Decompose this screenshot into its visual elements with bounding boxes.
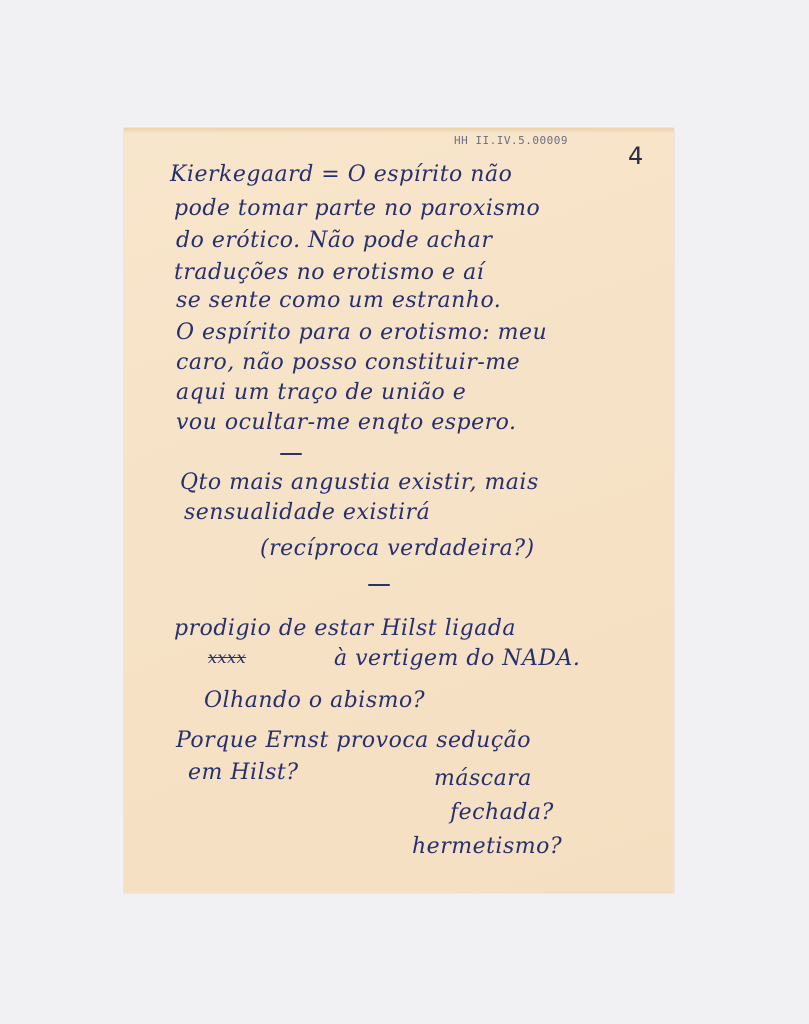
handwritten-line: Olhando o abismo? xyxy=(204,688,425,713)
handwritten-line: caro, não posso constituir-me xyxy=(176,350,520,375)
struck-out-word: xxxx xyxy=(208,648,246,667)
handwritten-line: fechada? xyxy=(450,800,554,825)
manuscript-page: HH II.IV.5.00009 4 Kierkegaard = O espír… xyxy=(124,128,674,893)
handwritten-line: Qto mais angustia existir, mais xyxy=(180,470,539,495)
handwritten-line: vou ocultar-me enqto espero. xyxy=(176,410,517,435)
handwritten-line: prodigio de estar Hilst ligada xyxy=(174,616,516,641)
handwritten-line: sensualidade existirá xyxy=(184,500,430,525)
handwritten-line: O espírito para o erotismo: meu xyxy=(176,320,547,345)
handwritten-line: pode tomar parte no paroxismo xyxy=(174,196,540,221)
handwritten-line: (recíproca verdadeira?) xyxy=(260,536,535,561)
handwritten-line: Porque Ernst provoca sedução xyxy=(176,728,531,753)
section-divider xyxy=(280,453,302,455)
handwritten-line: máscara xyxy=(434,766,532,791)
handwritten-line: traduções no erotismo e aí xyxy=(174,260,484,285)
handwritten-line: à vertigem do NADA. xyxy=(334,646,580,671)
handwritten-line: aqui um traço de união e xyxy=(176,380,466,405)
archive-id-stamp: HH II.IV.5.00009 xyxy=(454,134,568,147)
handwritten-line: em Hilst? xyxy=(188,760,299,785)
handwritten-line: Kierkegaard = O espírito não xyxy=(170,162,512,187)
handwritten-line: do erótico. Não pode achar xyxy=(176,228,492,253)
handwritten-line: se sente como um estranho. xyxy=(176,288,501,313)
section-divider xyxy=(368,584,390,586)
page-number: 4 xyxy=(628,142,643,170)
handwritten-line: hermetismo? xyxy=(412,834,562,859)
